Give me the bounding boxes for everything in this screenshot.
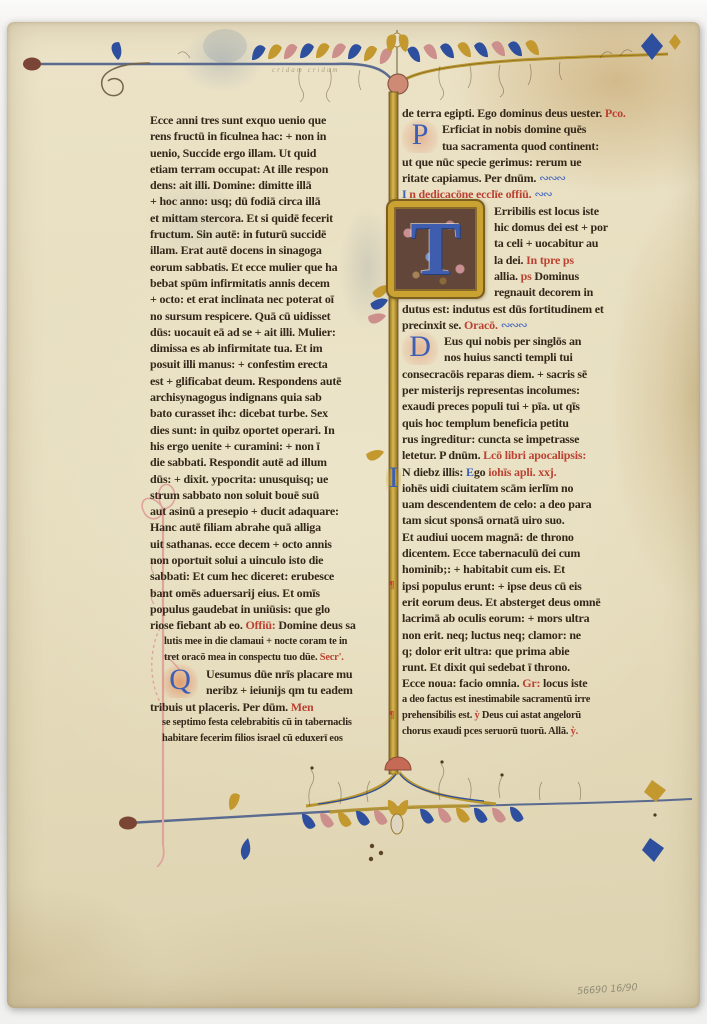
body-text: ritate capiamus. Per dnūm.	[402, 171, 539, 185]
body-text: uenio, Succide ergo illam. Ut quid	[150, 146, 316, 160]
body-text: a deo factus est inestimabile sacramentū…	[402, 694, 590, 705]
text-line: hic domus dei est + por	[494, 219, 674, 235]
text-line: dūs: uocauit eā ad se + ait illi. Mulier…	[150, 324, 388, 340]
text-column-right: T de terra egipti. Ego dominus deus uest…	[402, 105, 674, 741]
rubric-text: ps	[521, 269, 535, 283]
text-line: Ecce anni tres sunt exquo uenio que	[150, 112, 388, 128]
rubric-text: ỳ	[475, 710, 482, 721]
text-line: letetur. P dnūm. Lcō libri apocalipsis:	[402, 447, 674, 463]
text-line: N diebz illis: Ego iohīs apli. xxj.	[402, 464, 674, 480]
rubric-text: Men	[291, 700, 314, 714]
body-text: letetur. P dnūm.	[402, 448, 483, 462]
body-text: uit sathanas. ecce decem + octo annis	[150, 537, 332, 551]
marginal-rubric-mark: ¶	[389, 578, 394, 594]
faint-inscription: cridam cridum	[272, 66, 339, 74]
body-text: hic domus dei est + por	[494, 220, 608, 234]
text-line: aut asinū a presepio + ducit adaquare:	[150, 503, 388, 519]
rubric-text: Lcō libri apocalipsis:	[483, 448, 586, 462]
text-line: Erficiat in nobis domine quēs	[442, 121, 674, 137]
body-text: his ergo uenite + curamini: + non ī	[150, 439, 320, 453]
illuminated-initial-Q: Q	[162, 664, 198, 698]
text-line: dies sunt: in quibz oportet operari. In	[150, 422, 388, 438]
rubric-text: ỳ.	[571, 726, 578, 737]
text-line: ta celi + uocabitur au	[494, 235, 674, 251]
text-line: Et audiui uocem magnā: de throno	[402, 529, 674, 545]
text-line: non oportuit solui a uinculo isto die	[150, 552, 388, 568]
line-filler: ∾∾∾	[539, 171, 565, 185]
body-text: etiam terram occupat: At ille respon	[150, 162, 328, 176]
rubric-text: Oracō.	[464, 318, 501, 332]
body-text: tam sicut sponsā ornatā uiro suo.	[402, 513, 565, 527]
text-line: est + glificabat deum. Respondens autē	[150, 373, 388, 389]
body-text: tua sacramenta quod continent:	[442, 139, 599, 153]
text-line: uenio, Succide ergo illam. Ut quid	[150, 145, 388, 161]
text-line: exaudi preces populi tui + pīa. ut qīs	[402, 398, 674, 414]
rubric-text: Secr'.	[320, 652, 344, 663]
body-text: go	[474, 465, 488, 479]
body-text: ipsi populus erunt: + ipse deus cū eis	[402, 579, 582, 593]
body-text: Deus cui astat angelorū	[482, 710, 581, 721]
body-text: Eus qui nobis per singlōs an	[444, 334, 581, 348]
text-line: + octo: et erat inclinata nec poterat oī	[150, 291, 388, 307]
text-line: ut que nūc specie gerimus: rerum ue	[402, 154, 674, 170]
text-line: regnauit decorem in	[494, 284, 674, 300]
text-line: dūs: + dixit. ypocrita: unusquisq; ue	[150, 471, 388, 487]
text-line: runt. Et dixit qui sedebat ī throno.	[402, 659, 674, 675]
text-line: populus gaudebat in uniūsis: que glo	[150, 601, 388, 617]
body-text: dūs: uocauit eā ad se + ait illi. Mulier…	[150, 325, 336, 339]
text-line: eorum sabbatis. Et ecce mulier que ha	[150, 259, 388, 275]
body-text: E	[466, 465, 474, 479]
text-line: ipsi populus erunt: + ipse deus cū eis	[402, 578, 674, 594]
line-filler: ∾∾∾	[501, 318, 527, 332]
text-line: et mittam stercora. Et si quidē fecerit	[150, 210, 388, 226]
text-line: tribuis ut placeris. Per dūm. Men	[150, 699, 388, 715]
text-line: de terra egipti. Ego dominus deus uester…	[402, 105, 674, 121]
text-line: Hanc autē filiam abrahe quā alliga	[150, 519, 388, 535]
text-line: neribz + ieiunijs qm tu eadem	[206, 682, 388, 698]
body-text: hominib;: + habitabit cum eis. Et	[402, 562, 565, 576]
body-text: nos huius sancti templi tui	[444, 350, 573, 364]
text-line: allia. ps Dominus	[494, 268, 674, 284]
body-text: la dei.	[494, 253, 526, 267]
body-text: per misterijs representas incolumes:	[402, 383, 580, 397]
body-text: N diebz illis:	[402, 465, 466, 479]
text-line: tam sicut sponsā ornatā uiro suo.	[402, 512, 674, 528]
body-text: ut que nūc specie gerimus: rerum ue	[402, 155, 581, 169]
text-line: prehensibilis est. ỳ Deus cui astat ange…	[402, 708, 674, 724]
body-text: neribz + ieiunijs qm tu eadem	[206, 683, 353, 697]
text-line: quis hoc templum beneficia petitu	[402, 415, 674, 431]
body-text: aut asinū a presepio + ducit adaquare:	[150, 504, 339, 518]
body-text: + octo: et erat inclinata nec poterat oī	[150, 292, 334, 306]
body-text: q; dolor erit ultra: que prima abie	[402, 644, 569, 658]
text-line: dicentem. Ecce tabernaculū dei cum	[402, 545, 674, 561]
text-line: dens: ait illi. Domine: dimitte illā	[150, 177, 388, 193]
rubric-text: Pco.	[605, 106, 626, 120]
body-text: locus iste	[543, 676, 587, 690]
body-text: et mittam stercora. Et si quidē fecerit	[150, 211, 333, 225]
body-text: dūs: + dixit. ypocrita: unusquisq; ue	[150, 472, 328, 486]
body-text: dies sunt: in quibz oportet operari. In	[150, 423, 335, 437]
text-line: se septimo festa celebrabitis cū in tabe…	[162, 715, 388, 731]
body-text: bato curasset ihc: dicebat turbe. Sex	[150, 406, 328, 420]
rubric-text: Gr:	[522, 676, 543, 690]
text-line: dimissa es ab infirmitate tua. Et im	[150, 340, 388, 356]
text-line: uam descendentem de celo: a deo para	[402, 496, 674, 512]
illuminated-initial-T: T	[386, 199, 485, 299]
body-text: Uesumus dūe nrīs placare mu	[206, 667, 352, 681]
text-line: habitare fecerim filios israel cū eduxer…	[162, 731, 388, 747]
text-line: strum sabbato non soluit bouē suū	[150, 487, 388, 503]
body-text: archisynagogus indignans quia sab	[150, 390, 322, 404]
text-line: dutus est: indutus est dūs fortitudinem …	[402, 301, 674, 317]
body-text: lutis mee in die clamaui + nocte coram t…	[164, 636, 347, 647]
body-text: Dominus	[534, 269, 579, 283]
illuminated-initial-D: D	[402, 331, 438, 365]
body-text: quis hoc templum beneficia petitu	[402, 416, 569, 430]
text-line: iohēs uidi ciuitatem scām ierlīm no	[402, 480, 674, 496]
text-line: archisynagogus indignans quia sab	[150, 389, 388, 405]
text-line: chorus exaudi pces seruorū tuorū. Allā. …	[402, 724, 674, 740]
text-line: illam. Erat autē docens in sinagoga	[150, 242, 388, 258]
body-text: est + glificabat deum. Respondens autē	[150, 374, 341, 388]
body-text: runt. Et dixit qui sedebat ī throno.	[402, 660, 570, 674]
text-line: bant omēs aduersarij eius. Et omīs	[150, 585, 388, 601]
body-text: eorum sabbatis. Et ecce mulier que ha	[150, 260, 337, 274]
text-line: fructum. Sin autē: in futurū succidē	[150, 226, 388, 242]
body-text: habitare fecerim filios israel cū eduxer…	[162, 733, 343, 744]
text-line: erit eorum deus. Et absterget deus omnē	[402, 594, 674, 610]
body-text: chorus exaudi pces seruorū tuorū. Allā.	[402, 726, 571, 737]
body-text: erit eorum deus. Et absterget deus omnē	[402, 595, 601, 609]
text-line: Uesumus dūe nrīs placare mu	[206, 666, 388, 682]
text-line: posuit illi manus: + confestim erecta	[150, 356, 388, 372]
body-text: Ecce noua: facio omnia.	[402, 676, 522, 690]
text-line: bato curasset ihc: dicebat turbe. Sex	[150, 405, 388, 421]
text-line: Erribilis est locus iste	[494, 203, 674, 219]
text-line: a deo factus est inestimabile sacramentū…	[402, 692, 674, 708]
rubric-text: Offiū:	[245, 618, 278, 632]
initial-T-letter: T	[388, 203, 483, 295]
body-text: dimissa es ab infirmitate tua. Et im	[150, 341, 322, 355]
text-line: rus ingreditur: cuncta se impetrasse	[402, 431, 674, 447]
text-line: hominib;: + habitabit cum eis. Et	[402, 561, 674, 577]
body-text: Erribilis est locus iste	[494, 204, 599, 218]
text-line: uit sathanas. ecce decem + octo annis	[150, 536, 388, 552]
body-text: prehensibilis est.	[402, 710, 475, 721]
body-text: regnauit decorem in	[494, 285, 593, 299]
text-line: ritate capiamus. Per dnūm. ∾∾∾	[402, 170, 674, 186]
body-text: non oportuit solui a uinculo isto die	[150, 553, 323, 567]
body-text: non erit. neq; luctus neq; clamor: ne	[402, 628, 581, 642]
body-text: Erficiat in nobis domine quēs	[442, 122, 586, 136]
text-line: non erit. neq; luctus neq; clamor: ne	[402, 627, 674, 643]
body-text: populus gaudebat in uniūsis: que glo	[150, 602, 330, 616]
body-text: consecracōis reparas diem. + sacris sē	[402, 367, 587, 381]
text-line: tret oracō mea in conspectu tuo dūe. Sec…	[164, 650, 388, 666]
body-text: + hoc anno: usq; dū fodiā circa illā	[150, 194, 320, 208]
text-line: precinxit se. Oracō. ∾∾∾	[402, 317, 674, 333]
body-text: illam. Erat autē docens in sinagoga	[150, 243, 322, 257]
text-line: Eus qui nobis per singlōs an	[444, 333, 674, 349]
text-line: consecracōis reparas diem. + sacris sē	[402, 366, 674, 382]
text-line: lacrimā ab oculis eorum: + mors ultra	[402, 610, 674, 626]
text-line: la dei. In tpre ps	[494, 252, 674, 268]
body-text: riose fiebant ab eo.	[150, 618, 245, 632]
body-text: Ecce anni tres sunt exquo uenio que	[150, 113, 326, 127]
body-text: allia.	[494, 269, 521, 283]
body-text: tret oracō mea in conspectu tuo dūe.	[164, 652, 320, 663]
illuminated-initial-P: P	[402, 119, 438, 153]
text-line: etiam terram occupat: At ille respon	[150, 161, 388, 177]
text-line: + hoc anno: usq; dū fodiā circa illā	[150, 193, 388, 209]
text-line: rens fructū in ficulnea hac: + non in	[150, 128, 388, 144]
body-text: sabbati: Et cum hec diceret: erubesce	[150, 569, 334, 583]
text-line: no sursum respicere. Quā cū uidisset	[150, 308, 388, 324]
body-text: lacrimā ab oculis eorum: + mors ultra	[402, 611, 589, 625]
text-line: sabbati: Et cum hec diceret: erubesce	[150, 568, 388, 584]
body-text: dicentem. Ecce tabernaculū dei cum	[402, 546, 580, 560]
body-text: die sabbati. Respondit autē ad illum	[150, 455, 327, 469]
body-text: rens fructū in ficulnea hac: + non in	[150, 129, 326, 143]
body-text: ta celi + uocabitur au	[494, 236, 598, 250]
manuscript-photo: Ecce anni tres sunt exquo uenio querens …	[0, 0, 707, 1024]
body-text: posuit illi manus: + confestim erecta	[150, 357, 328, 371]
text-column-left: Ecce anni tres sunt exquo uenio querens …	[150, 112, 388, 748]
body-text: fructum. Sin autē: in futurū succidē	[150, 227, 326, 241]
body-text: Domine deus sa	[278, 618, 355, 632]
body-text: de terra egipti. Ego dominus deus uester…	[402, 106, 605, 120]
text-line: lutis mee in die clamaui + nocte coram t…	[164, 634, 388, 650]
text-line: q; dolor erit ultra: que prima abie	[402, 643, 674, 659]
body-text: Hanc autē filiam abrahe quā alliga	[150, 520, 321, 534]
line-filler: ∾∾	[534, 187, 551, 201]
body-text: bebat spūm infirmitatis annis decem	[150, 276, 330, 290]
body-text: se septimo festa celebrabitis cū in tabe…	[162, 717, 352, 728]
text-line: riose fiebant ab eo. Offiū: Domine deus …	[150, 617, 388, 633]
text-line: bebat spūm infirmitatis annis decem	[150, 275, 388, 291]
text-line: die sabbati. Respondit autē ad illum	[150, 454, 388, 470]
text-line: Ecce noua: facio omnia. Gr: locus iste	[402, 675, 674, 691]
text-line: nos huius sancti templi tui	[444, 349, 674, 365]
marginal-rubric-mark: ¶	[389, 708, 394, 724]
body-text: bant omēs aduersarij eius. Et omīs	[150, 586, 320, 600]
body-text: tribuis ut placeris. Per dūm.	[150, 700, 291, 714]
body-text: strum sabbato non soluit bouē suū	[150, 488, 319, 502]
body-text: exaudi preces populi tui + pīa. ut qīs	[402, 399, 580, 413]
body-text: Et audiui uocem magnā: de throno	[402, 530, 574, 544]
body-text: iohēs uidi ciuitatem scām ierlīm no	[402, 481, 573, 495]
body-text: dutus est: indutus est dūs fortitudinem …	[402, 302, 604, 316]
text-line: tua sacramenta quod continent:	[442, 138, 674, 154]
body-text: uam descendentem de celo: a deo para	[402, 497, 591, 511]
body-text: no sursum respicere. Quā cū uidisset	[150, 309, 330, 323]
text-line: his ergo uenite + curamini: + non ī	[150, 438, 388, 454]
body-text: dens: ait illi. Domine: dimitte illā	[150, 178, 311, 192]
illuminated-initial-I: I	[386, 462, 401, 496]
rubric-text: In tpre ps	[526, 253, 574, 267]
body-text: rus ingreditur: cuncta se impetrasse	[402, 432, 579, 446]
rubric-text: iohīs apli. xxj.	[488, 465, 556, 479]
text-line: per misterijs representas incolumes:	[402, 382, 674, 398]
